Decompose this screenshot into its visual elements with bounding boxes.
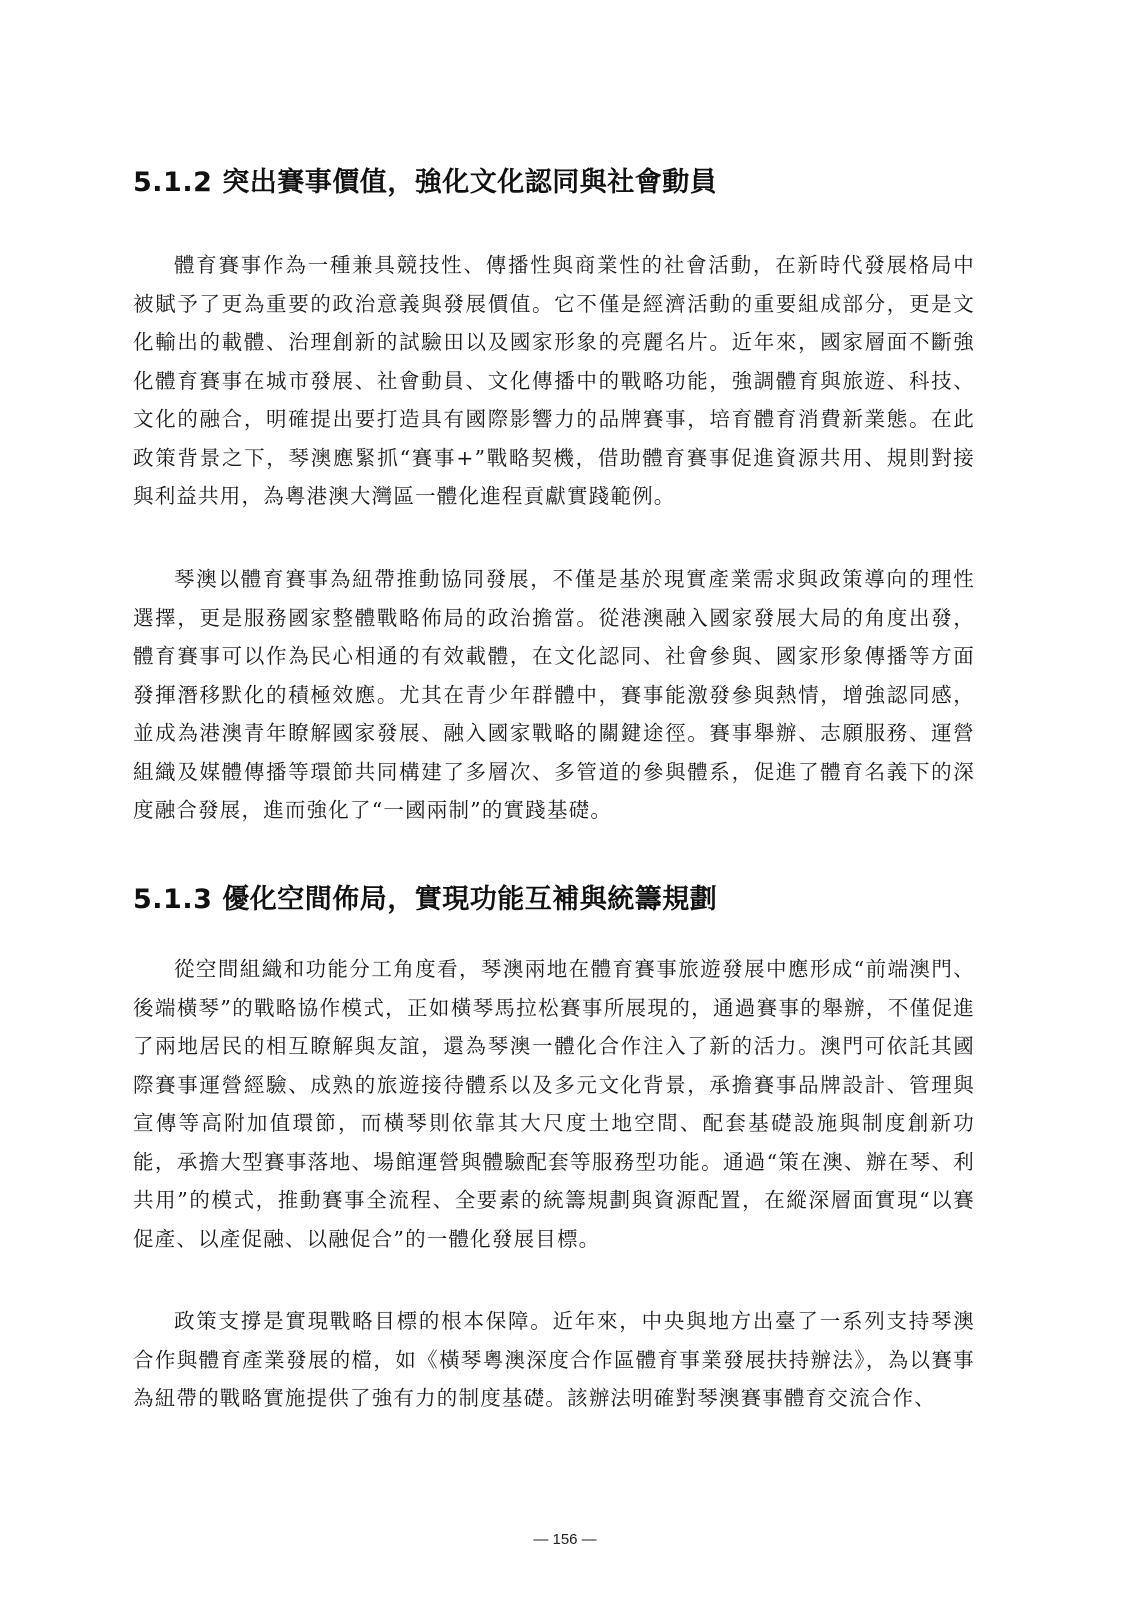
paragraph: 從空間組織和功能分工角度看，琴澳兩地在體育賽事旅遊發展中應形成“前端澳門、後端橫…	[133, 950, 975, 1258]
paragraph: 體育賽事作為一種兼具競技性、傳播性與商業性的社會活動，在新時代發展格局中被賦予了…	[133, 246, 975, 516]
section-heading-5-1-2: 5.1.2 突出賽事價值，強化文化認同與社會動員	[133, 160, 975, 199]
paragraph: 政策支撐是實現戰略目標的根本保障。近年來，中央與地方出臺了一系列支持琴澳合作與體…	[133, 1302, 975, 1418]
section-heading-5-1-3: 5.1.3 優化空間佈局，實現功能互補與統籌規劃	[133, 877, 975, 916]
paragraph: 琴澳以體育賽事為紐帶推動協同發展，不僅是基於現實產業需求與政策導向的理性選擇，更…	[133, 560, 975, 830]
page-number: — 156 —	[0, 1531, 1130, 1548]
